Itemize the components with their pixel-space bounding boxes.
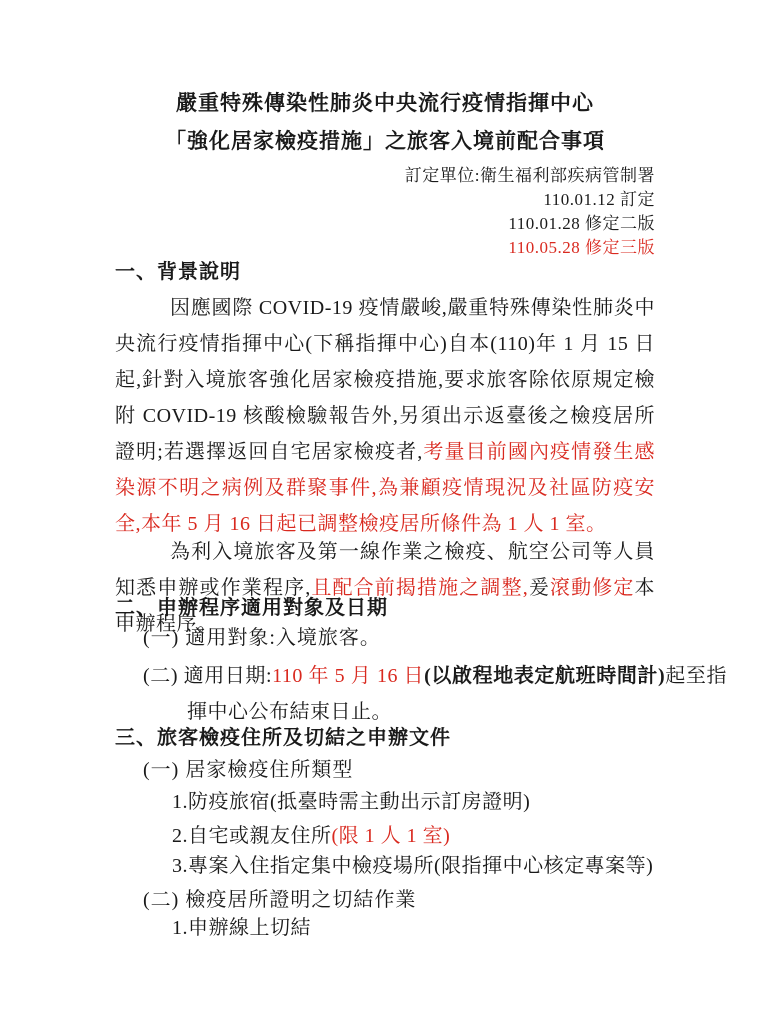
red-emphasis-text: 110 年 5 月 16 日: [272, 665, 424, 687]
red-emphasis-text: (限 1 人 1 室): [332, 825, 451, 847]
section-heading-background: 一、背景說明: [115, 256, 655, 288]
sub-item-centralized-facility: 3.專案入住指定集中檢疫場所(限指揮中心核定專案等): [115, 850, 712, 882]
doc-meta-block: 訂定單位:衛生福利部疾病管制署 110.01.12 訂定 110.01.28 修…: [115, 164, 655, 260]
item-text: (二) 適用日期:: [143, 665, 272, 687]
sub-item-online-affidavit: 1.申辦線上切結: [115, 912, 712, 944]
item-text: 2.自宅或親友住所: [172, 825, 332, 847]
section-heading-procedure: 二、申辦程序適用對象及日期: [115, 592, 655, 624]
list-item-residence-types: (一) 居家檢疫住所類型: [115, 754, 683, 786]
list-item-applicable-date: (二) 適用日期:110 年 5 月 16 日(以啟程地表定航班時間計)起至指揮…: [115, 658, 727, 730]
background-paragraph-1: 因應國際 COVID-19 疫情嚴峻,嚴重特殊傳染性肺炎中央流行疫情指揮中心(下…: [115, 290, 655, 542]
list-item-applicable-target: (一) 適用對象:入境旅客。: [115, 622, 683, 654]
doc-title-line1: 嚴重特殊傳染性肺炎中央流行疫情指揮中心: [115, 88, 655, 118]
doc-title-line2: 「強化居家檢疫措施」之旅客入境前配合事項: [115, 126, 655, 156]
revision-line-1: 110.01.12 訂定: [115, 188, 655, 212]
revision-line-2: 110.01.28 修定二版: [115, 212, 655, 236]
paragraph-text: 因應國際 COVID-19 疫情嚴峻,嚴重特殊傳染性肺炎中央流行疫情指揮中心(下…: [115, 297, 655, 463]
section-heading-documents: 三、旅客檢疫住所及切結之申辦文件: [115, 722, 655, 754]
sub-item-quarantine-hotel: 1.防疫旅宿(抵臺時需主動出示訂房證明): [115, 786, 712, 818]
document-page: 嚴重特殊傳染性肺炎中央流行疫情指揮中心 「強化居家檢疫措施」之旅客入境前配合事項…: [0, 0, 770, 1024]
issuer-line: 訂定單位:衛生福利部疾病管制署: [115, 164, 655, 188]
sub-item-home-residence: 2.自宅或親友住所(限 1 人 1 室): [115, 820, 712, 852]
bold-note-text: (以啟程地表定航班時間計): [424, 665, 665, 687]
